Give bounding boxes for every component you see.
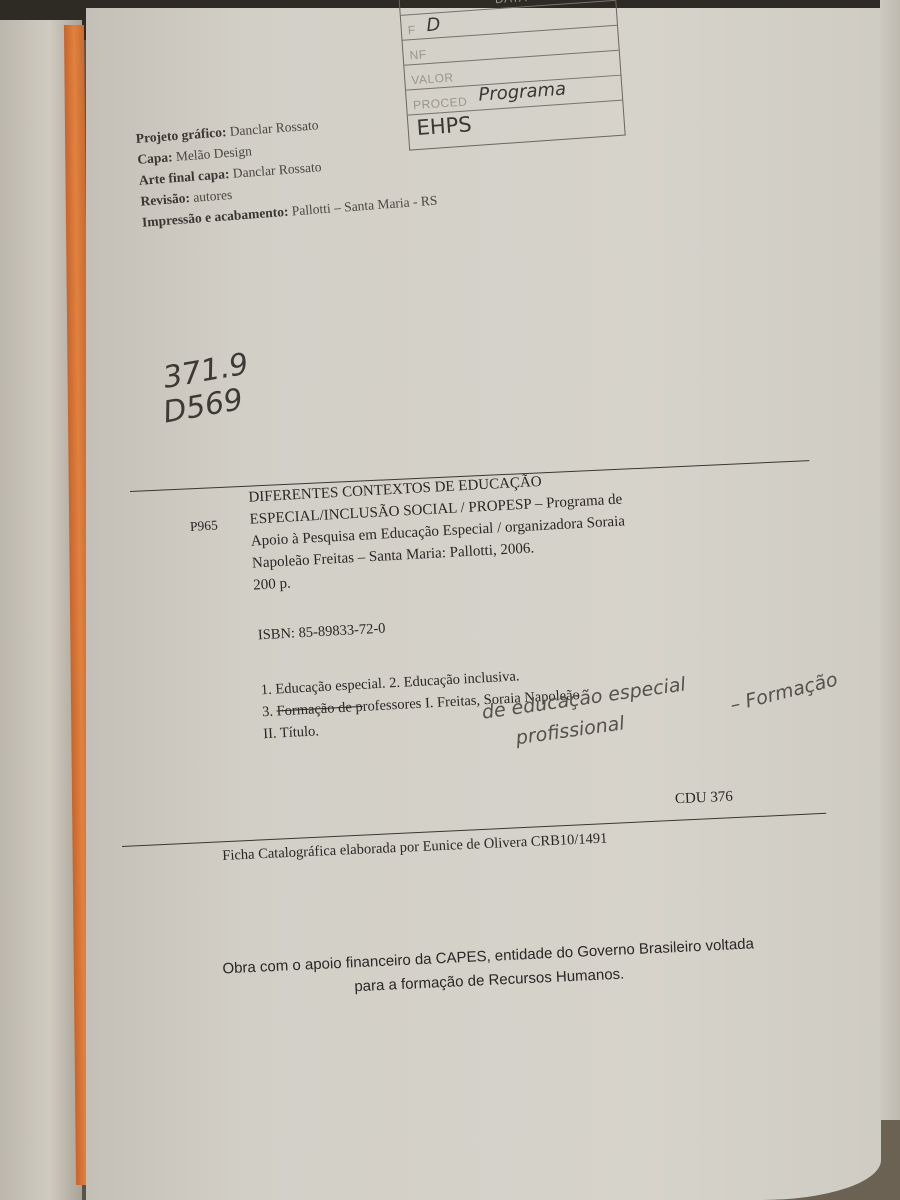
catalog-code: P965 [189,514,218,537]
acquisition-stamp: DATA 10/07/13 F D NF VALOR PROCED Progra… [398,0,626,151]
catalog-entry: DIFERENTES CONTEXTOS DE EDUCAÇÃO ESPECIA… [248,466,628,596]
struck-text: Formação de p [276,699,363,720]
next-page-edge [880,0,900,1120]
cdu-classification: CDU 376 [675,789,734,809]
production-credits: Projeto gráfico: Danclar Rossato Capa: M… [135,106,438,233]
